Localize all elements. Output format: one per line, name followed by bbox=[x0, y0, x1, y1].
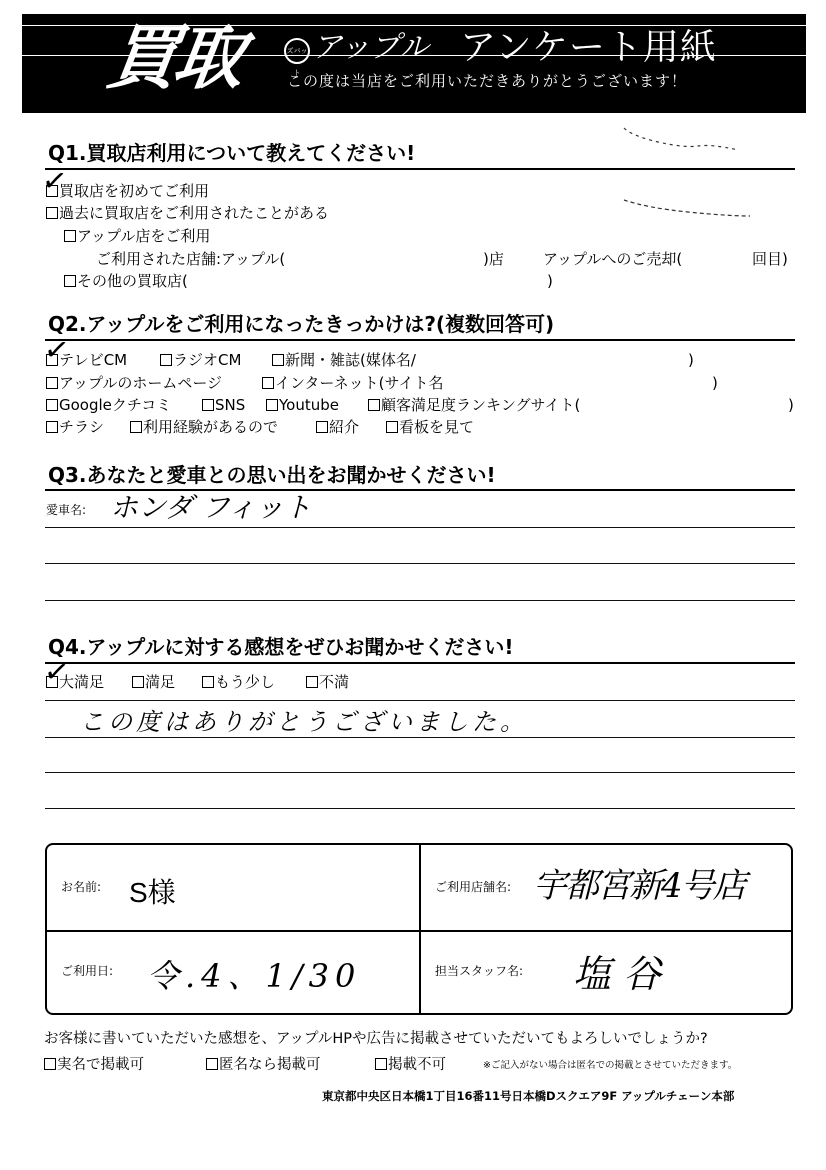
checkbox[interactable] bbox=[130, 421, 142, 433]
checkbox[interactable] bbox=[46, 399, 58, 411]
q2-rule bbox=[45, 339, 795, 341]
q1-sold-count-label: アップルへのご売却( bbox=[543, 249, 682, 269]
checkbox[interactable] bbox=[375, 1058, 387, 1070]
checkbox[interactable] bbox=[46, 421, 58, 433]
car-name-label: 愛車名: bbox=[46, 500, 86, 520]
q1-option-other-store[interactable]: その他の買取店( bbox=[64, 271, 188, 291]
checkbox[interactable] bbox=[46, 377, 58, 389]
kaitori-heading: 買取 bbox=[102, 18, 245, 98]
q2-option-flyer[interactable]: チラシ bbox=[46, 417, 104, 437]
stray-scribble-icon bbox=[618, 122, 758, 222]
q4-comment[interactable]: この度はありがとうございました。 bbox=[80, 705, 528, 739]
staff-value[interactable]: 塩谷 bbox=[573, 949, 673, 999]
header-subtitle: この度は当店をご利用いただきありがとうございます！ bbox=[287, 71, 687, 91]
checkbox[interactable] bbox=[44, 1058, 56, 1070]
q1-title: Q1.買取店利用について教えてください! bbox=[48, 140, 415, 166]
date-value[interactable]: 令.4、1/30 bbox=[147, 951, 361, 1001]
q1-sold-count-suffix: 回目) bbox=[752, 249, 788, 269]
q3-line-3 bbox=[45, 600, 795, 601]
checkbox[interactable] bbox=[266, 399, 278, 411]
checkbox[interactable] bbox=[306, 676, 318, 688]
car-name-value[interactable]: ホンダ フィット bbox=[110, 490, 312, 526]
staff-label: 担当スタッフ名: bbox=[435, 963, 523, 979]
apple-logo-icon: ズバット bbox=[284, 38, 310, 64]
checkbox[interactable] bbox=[316, 421, 328, 433]
consent-note: ※ご記入がない場合は匿名での掲載とさせていただきます。 bbox=[483, 1059, 737, 1073]
company-address: 東京都中央区日本橋1丁目16番11号日本橋Dスクエア9F アップルチェーン本部 bbox=[322, 1088, 734, 1104]
checkmark-icon: ✓ bbox=[42, 334, 71, 367]
q1-option-apple-store[interactable]: アップル店をご利用 bbox=[64, 226, 210, 246]
header-banner: 買取 ズバット アップル アンケート用紙 この度は当店をご利用いただきありがとう… bbox=[22, 14, 806, 113]
name-value[interactable]: S様 bbox=[129, 875, 176, 911]
q1-other-store-close: ) bbox=[547, 271, 553, 291]
brand-name: アップル bbox=[312, 28, 429, 68]
checkbox[interactable] bbox=[64, 275, 76, 287]
q2-option-youtube[interactable]: Youtube bbox=[266, 395, 339, 415]
q4-option-satisfied[interactable]: 満足 bbox=[132, 672, 175, 692]
q2-option-radio-cm[interactable]: ラジオCM bbox=[160, 350, 241, 370]
name-label: お名前: bbox=[61, 879, 101, 895]
store-value[interactable]: 宇都宮新4号店 bbox=[533, 861, 745, 911]
checkbox[interactable] bbox=[202, 676, 214, 688]
q1-store-used-label: ご利用された店舗:アップル( bbox=[96, 249, 285, 269]
consent-question: お客様に書いていただいた感想を、アップルHPや広告に掲載させていただいてもよろし… bbox=[44, 1029, 708, 1049]
store-label: ご利用店舗名: bbox=[435, 879, 511, 895]
customer-info-box: お名前: S様 ご利用店舗名: 宇都宮新4号店 ご利用日: 令.4、1/30 担… bbox=[45, 843, 793, 1015]
q1-option-first-time[interactable]: 買取店を初めてご利用 bbox=[46, 181, 209, 201]
consent-option-no-publish[interactable]: 掲載不可 bbox=[375, 1055, 446, 1075]
consent-option-anonymous[interactable]: 匿名なら掲載可 bbox=[206, 1055, 321, 1075]
date-label: ご利用日: bbox=[61, 963, 113, 979]
q2-option-past-experience[interactable]: 利用経験があるので bbox=[130, 417, 278, 437]
q3-line-2 bbox=[45, 563, 795, 564]
q4-line-2 bbox=[45, 737, 795, 738]
q2-option-sns[interactable]: SNS bbox=[202, 395, 245, 415]
q4-line-1 bbox=[45, 700, 795, 701]
q2-option-internet[interactable]: インターネット(サイト名 bbox=[262, 373, 443, 393]
checkmark-icon: ✓ bbox=[42, 656, 71, 689]
q2-option-signboard[interactable]: 看板を見て bbox=[386, 417, 474, 437]
checkbox[interactable] bbox=[386, 421, 398, 433]
q2-option-referral[interactable]: 紹介 bbox=[316, 417, 359, 437]
q4-option-dissatisfied[interactable]: 不満 bbox=[306, 672, 349, 692]
q4-title: Q4.アップルに対する感想をぜひお聞かせください! bbox=[48, 634, 513, 660]
checkbox[interactable] bbox=[206, 1058, 218, 1070]
q2-option-newspaper[interactable]: 新聞・雑誌(媒体名/ bbox=[272, 350, 416, 370]
checkbox[interactable] bbox=[46, 207, 58, 219]
q1-option-used-before[interactable]: 過去に買取店をご利用されたことがある bbox=[46, 203, 329, 223]
form-title: アンケート用紙 bbox=[460, 26, 717, 70]
q2-option-homepage[interactable]: アップルのホームページ bbox=[46, 373, 222, 393]
q2-option-ranking-site[interactable]: 顧客満足度ランキングサイト( bbox=[368, 395, 580, 415]
q2-internet-close: ) bbox=[712, 373, 718, 393]
consent-option-real-name[interactable]: 実名で掲載可 bbox=[44, 1055, 144, 1075]
q4-rule bbox=[45, 662, 795, 664]
q1-store-used-suffix: )店 bbox=[483, 249, 504, 269]
q4-line-3 bbox=[45, 772, 795, 773]
q2-title: Q2.アップルをご利用になったきっかけは?(複数回答可) bbox=[48, 311, 554, 337]
checkbox[interactable] bbox=[368, 399, 380, 411]
q3-line-1 bbox=[45, 527, 795, 528]
checkbox[interactable] bbox=[272, 354, 284, 366]
q2-option-google-reviews[interactable]: Googleクチコミ bbox=[46, 395, 171, 415]
q2-ranking-close: ) bbox=[788, 395, 794, 415]
q4-option-could-be-better[interactable]: もう少し bbox=[202, 672, 275, 692]
checkbox[interactable] bbox=[64, 230, 76, 242]
q3-title: Q3.あなたと愛車との思い出をお聞かせください! bbox=[48, 462, 496, 488]
q4-line-4 bbox=[45, 808, 795, 809]
checkbox[interactable] bbox=[132, 676, 144, 688]
info-divider-vertical bbox=[419, 845, 421, 1013]
checkmark-icon: ✓ bbox=[40, 165, 69, 198]
q2-newspaper-close: ) bbox=[688, 350, 694, 370]
checkbox[interactable] bbox=[160, 354, 172, 366]
checkbox[interactable] bbox=[262, 377, 274, 389]
checkbox[interactable] bbox=[202, 399, 214, 411]
